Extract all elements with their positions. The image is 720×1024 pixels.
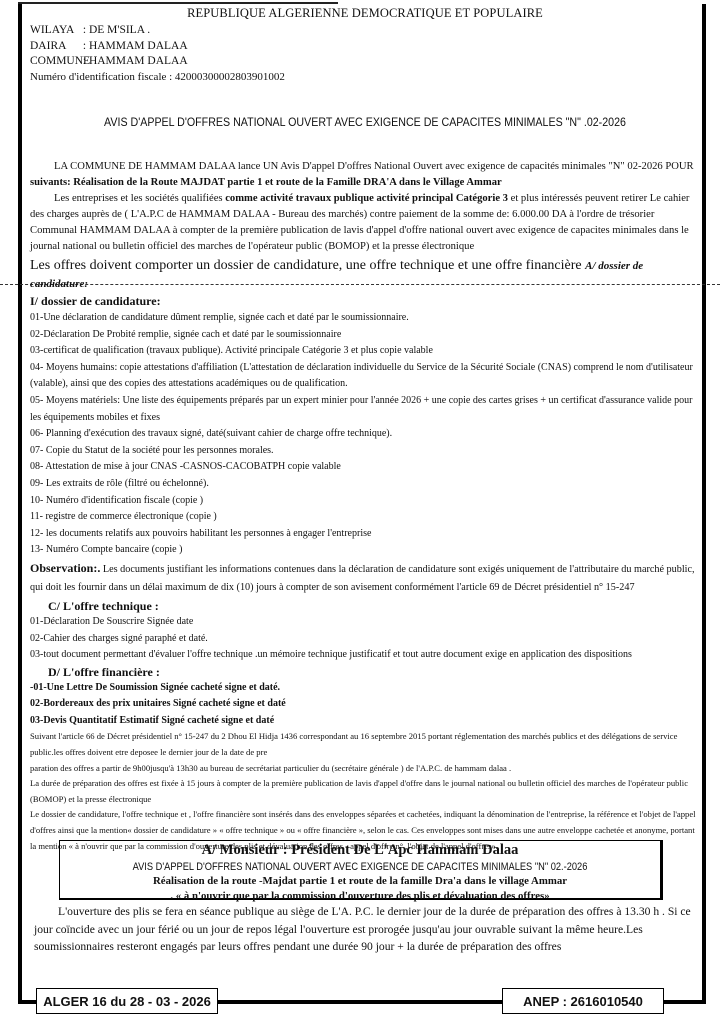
wilaya-value: : DE M'SILA . xyxy=(83,24,150,36)
wilaya-line: WILAYA : DE M'SILA . xyxy=(30,23,700,39)
technique-item: 02-Cahier des charges signé paraphé et d… xyxy=(30,631,700,648)
dossier-item: 02-Déclaration De Probité remplie, signé… xyxy=(30,327,700,344)
publication-stamp: ALGER 16 du 28 - 03 - 2026 xyxy=(36,988,218,1014)
observation: Observation:. Les documents justifiant l… xyxy=(30,559,700,598)
intro-paragraph: LA COMMUNE DE HAMMAM DALAA lance UN Avis… xyxy=(30,159,700,255)
envelope-project: Réalisation de la route -Majdat partie 1… xyxy=(60,874,660,889)
daira-line: DAIRA : HAMMAM DALAA xyxy=(30,39,700,55)
dossier-item: 06- Planning d'exécution des travaux sig… xyxy=(30,426,700,443)
legal-paragraph: paration des offres a partir de 9h00jusq… xyxy=(30,761,700,777)
legal-paragraphs: Suivant l'article 66 de Décret président… xyxy=(30,729,700,854)
envelope-title: AVIS D'APPEL D'OFFRES NATIONAL OUVERT AV… xyxy=(102,860,618,874)
financiere-items: -01-Une Lettre De Soumission Signée cach… xyxy=(30,680,700,730)
offres-heading-text: Les offres doivent comporter un dossier … xyxy=(30,258,582,273)
fiscal-id: Numéro d'identification fiscale : 420003… xyxy=(30,70,700,86)
dossier-item: 04- Moyens humains: copie attestations d… xyxy=(30,360,700,393)
commune-line: COMMUNE : HAMMAM DALAA xyxy=(30,54,700,70)
commune-value: : HAMMAM DALAA xyxy=(83,55,188,67)
envelope-label-box: A/ Monsieur : Président De L'Apc Hammam … xyxy=(59,840,663,900)
financiere-item: -01-Une Lettre De Soumission Signée cach… xyxy=(30,680,700,697)
dossier-title: I/ dossier de candidature: xyxy=(30,293,700,310)
eligibility-text-a: Les entreprises et les sociétés qualifié… xyxy=(54,193,223,204)
dossier-item: 07- Copie du Statut de la société pour l… xyxy=(30,443,700,460)
legal-paragraph: La durée de préparation des offres est f… xyxy=(30,776,700,807)
daira-value: : HAMMAM DALAA xyxy=(83,40,188,52)
intro-line: LA COMMUNE DE HAMMAM DALAA lance UN Avis… xyxy=(30,159,700,175)
offres-heading: Les offres doivent comporter un dossier … xyxy=(30,257,700,293)
financiere-title: D/ L'offre financière : xyxy=(30,664,700,680)
daira-label: DAIRA xyxy=(30,39,80,55)
legal-paragraph: Suivant l'article 66 de Décret président… xyxy=(30,729,700,760)
wilaya-label: WILAYA xyxy=(30,23,80,39)
ouverture-paragraph: L'ouverture des plis se fera en séance p… xyxy=(34,903,694,956)
dossier-item: 08- Attestation de mise à jour CNAS -CAS… xyxy=(30,459,700,476)
eligibility-paragraph: Les entreprises et les sociétés qualifié… xyxy=(30,191,700,255)
commune-label: COMMUNE xyxy=(30,54,80,70)
eligibility-category: comme activité travaux publique activité… xyxy=(225,193,508,204)
technique-item: 03-tout document permettant d'évaluer l'… xyxy=(30,647,700,664)
notice-title: AVIS D'APPEL D'OFFRES NATIONAL OUVERT AV… xyxy=(77,115,653,129)
envelope-recipient: A/ Monsieur : Président De L'Apc Hammam … xyxy=(60,841,660,860)
project-line: suivants: Réalisation de la Route MAJDAT… xyxy=(30,175,700,191)
technique-title: C/ L'offre technique : xyxy=(30,598,700,614)
dossier-item: 10- Numéro d'identification fiscale (cop… xyxy=(30,493,700,510)
dossier-item: 12- les documents relatifs aux pouvoirs … xyxy=(30,526,700,543)
dossier-item: 03-certificat de qualification (travaux … xyxy=(30,343,700,360)
financiere-item: 03-Devis Quantitatif Estimatif Signé cac… xyxy=(30,713,700,730)
financiere-item: 02-Bordereaux des prix unitaires Signé c… xyxy=(30,696,700,713)
envelope-note: . « à n'ouvrir que par la commission d'o… xyxy=(60,889,660,903)
dossier-item: 13- Numéro Compte bancaire (copie ) xyxy=(30,542,700,559)
dossier-items: 01-Une déclaration de candidature dûment… xyxy=(30,310,700,559)
dossier-item: 09- Les extraits de rôle (filtré ou éche… xyxy=(30,476,700,493)
document-body: REPUBLIQUE ALGERIENNE DEMOCRATIQUE ET PO… xyxy=(30,6,700,854)
observation-label: Observation:. xyxy=(30,561,100,575)
dossier-item: 05- Moyens matériels: Une liste des équi… xyxy=(30,393,700,426)
technique-item: 01-Déclaration De Souscrire Signée date xyxy=(30,614,700,631)
dossier-item: 11- registre de commerce électronique (c… xyxy=(30,509,700,526)
suivants-label: suivants: xyxy=(30,177,71,188)
anep-stamp: ANEP : 2616010540 xyxy=(502,988,664,1014)
observation-text: Les documents justifiant les information… xyxy=(30,564,695,594)
republique-heading: REPUBLIQUE ALGERIENNE DEMOCRATIQUE ET PO… xyxy=(30,6,700,21)
dossier-item: 01-Une déclaration de candidature dûment… xyxy=(30,310,700,327)
project-name: Réalisation de la Route MAJDAT partie 1 … xyxy=(73,177,501,188)
technique-items: 01-Déclaration De Souscrire Signée date0… xyxy=(30,614,700,664)
